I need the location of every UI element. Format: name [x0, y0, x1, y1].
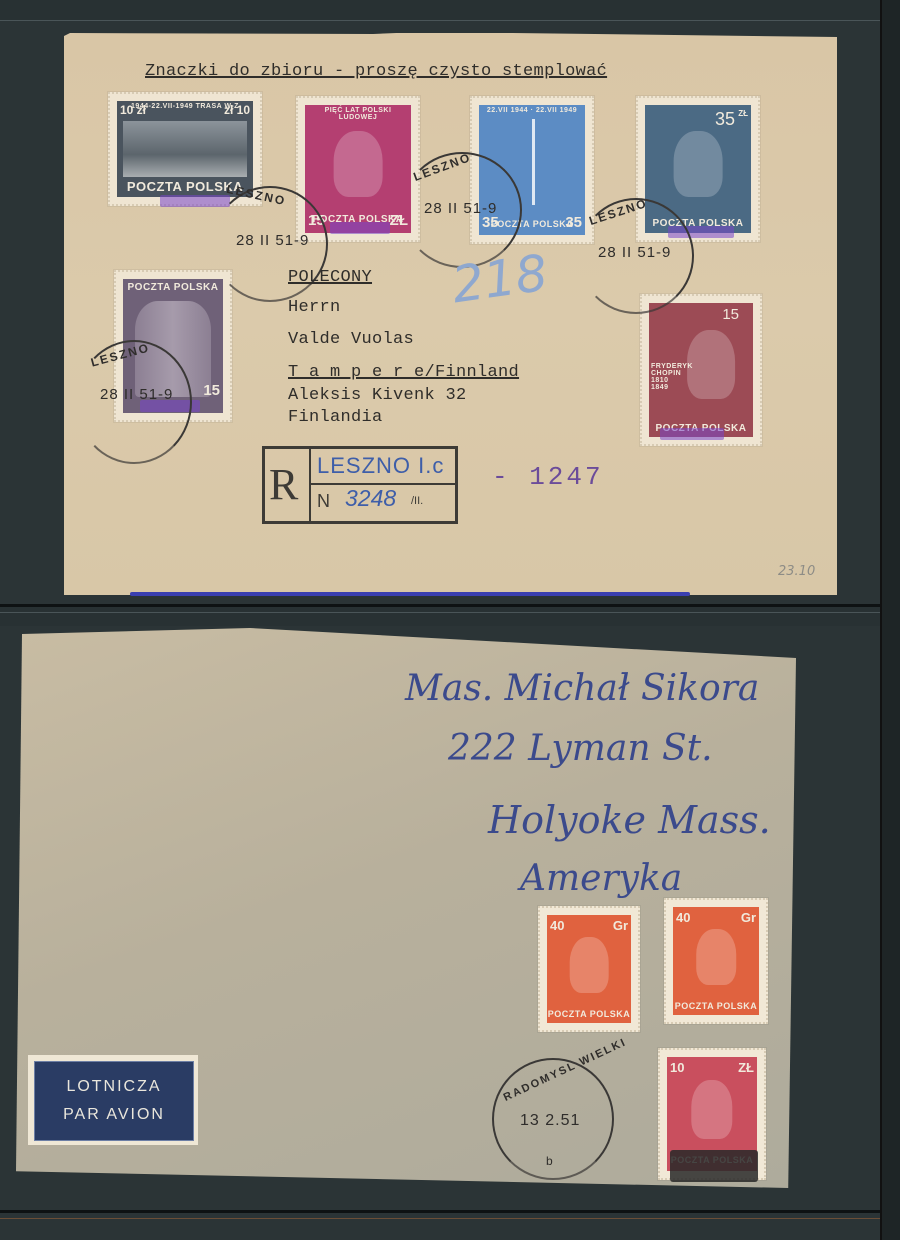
registration-letter: R [269, 459, 298, 510]
stamp-bottom-label: POCZTA POLSKA [547, 1009, 631, 1019]
stamp-top-label: PIĘĆ LAT POLSKI LUDOWEJ [305, 107, 411, 121]
registration-number: 3248 [345, 485, 396, 512]
airmail-label-line1: LOTNICZA [66, 1073, 161, 1101]
stamp-chopin-caption: FRYDERYK CHOPIN 1810 1849 [651, 363, 687, 391]
stamp-fryderyk-chopin: 15 FRYDERYK CHOPIN 1810 1849 POCZTA POLS… [640, 294, 762, 446]
stamp-currency: ZŁ [738, 109, 748, 118]
cover-blue-edge [130, 592, 690, 596]
stamp-top-label: 22.VII 1944 · 22.VII 1949 [479, 107, 585, 114]
airmail-label: LOTNICZA PAR AVION [28, 1055, 198, 1145]
album-strip-line [0, 604, 885, 607]
stamp-40-gr: 40 Gr POCZTA POLSKA [664, 898, 768, 1024]
airmail-label-line2: PAR AVION [63, 1101, 165, 1129]
stamp-value: 15 [203, 382, 220, 399]
postmark-date: 28 II 51-9 [424, 200, 497, 217]
postmark-date: 28 II 51-9 [236, 232, 309, 249]
stamp-portrait [674, 131, 723, 198]
album-strip-top [0, 0, 900, 20]
stamp-portrait [570, 937, 609, 993]
address-city: T a m p e r e/Finnland [288, 363, 519, 382]
stamp-value-left: 10 zł [120, 103, 146, 117]
stamp-bottom-label: POCZTA POLSKA [673, 1001, 759, 1011]
violet-overprint [660, 428, 724, 440]
album-strip-middle [0, 604, 900, 626]
stamp-portrait [334, 131, 383, 198]
address-name: Valde Vuolas [288, 330, 414, 349]
stamp-portrait [691, 1080, 732, 1139]
album-strip-line [0, 20, 885, 21]
stamp-value: 10 [670, 1060, 684, 1075]
address-line-2: 222 Lyman St. [448, 728, 713, 769]
postmark-date: 28 II 51-9 [598, 244, 671, 261]
stamp-value: 15 [722, 306, 739, 323]
album-strip-line [0, 1210, 885, 1213]
registration-n-prefix: N [317, 491, 330, 512]
violet-serial-number: - 1247 [492, 462, 604, 492]
violet-overprint [330, 222, 390, 234]
address-line-1: Mas. Michał Sikora [405, 668, 759, 709]
address-country: Finlandia [288, 408, 383, 427]
stamp-value: 40 [550, 918, 564, 933]
registration-office: LESZNO I.c [317, 453, 444, 479]
stamp-top-label: POCZTA POLSKA [123, 282, 223, 293]
address-salutation: Herrn [288, 298, 341, 317]
stamp-portrait [696, 929, 736, 985]
stamp-value: 40 [676, 910, 690, 925]
postmark-date: 28 II 51-9 [100, 386, 173, 403]
black-overprint-cancel [670, 1150, 758, 1182]
stamp-currency: Gr [741, 910, 756, 925]
registration-divider [309, 449, 311, 521]
album-strip-line [0, 612, 885, 613]
stamp-40-gr: 40 Gr POCZTA POLSKA [538, 906, 640, 1032]
cover-header-instruction: Znaczki do zbioru - proszę czysto stempl… [145, 62, 607, 81]
registration-suffix: /II. [411, 495, 423, 507]
stamp-value: 35 [715, 109, 735, 130]
violet-overprint [160, 195, 230, 207]
stamp-radio-mast-illustration [532, 119, 535, 205]
corner-pencil-note: 23.10 [778, 564, 815, 579]
address-street: Aleksis Kivenk 32 [288, 386, 467, 405]
stamp-value-right: zł 10 [224, 103, 250, 117]
address-line-4: Ameryka [520, 858, 682, 899]
service-polecony: POLECONY [288, 268, 372, 287]
postmark-letter: b [546, 1154, 554, 1168]
postmark-date: 13 2.51 [520, 1112, 580, 1130]
stamp-old-town-illustration [123, 121, 247, 177]
stamp-portrait [687, 330, 735, 400]
album-binding-rail [880, 0, 900, 1240]
stamp-currency: Gr [613, 918, 628, 933]
album-strip-line [0, 1218, 885, 1219]
registration-label: R LESZNO I.c N 3248 /II. [262, 446, 458, 524]
address-line-3: Holyoke Mass. [488, 798, 771, 842]
stamp-currency: ZŁ [738, 1060, 754, 1075]
